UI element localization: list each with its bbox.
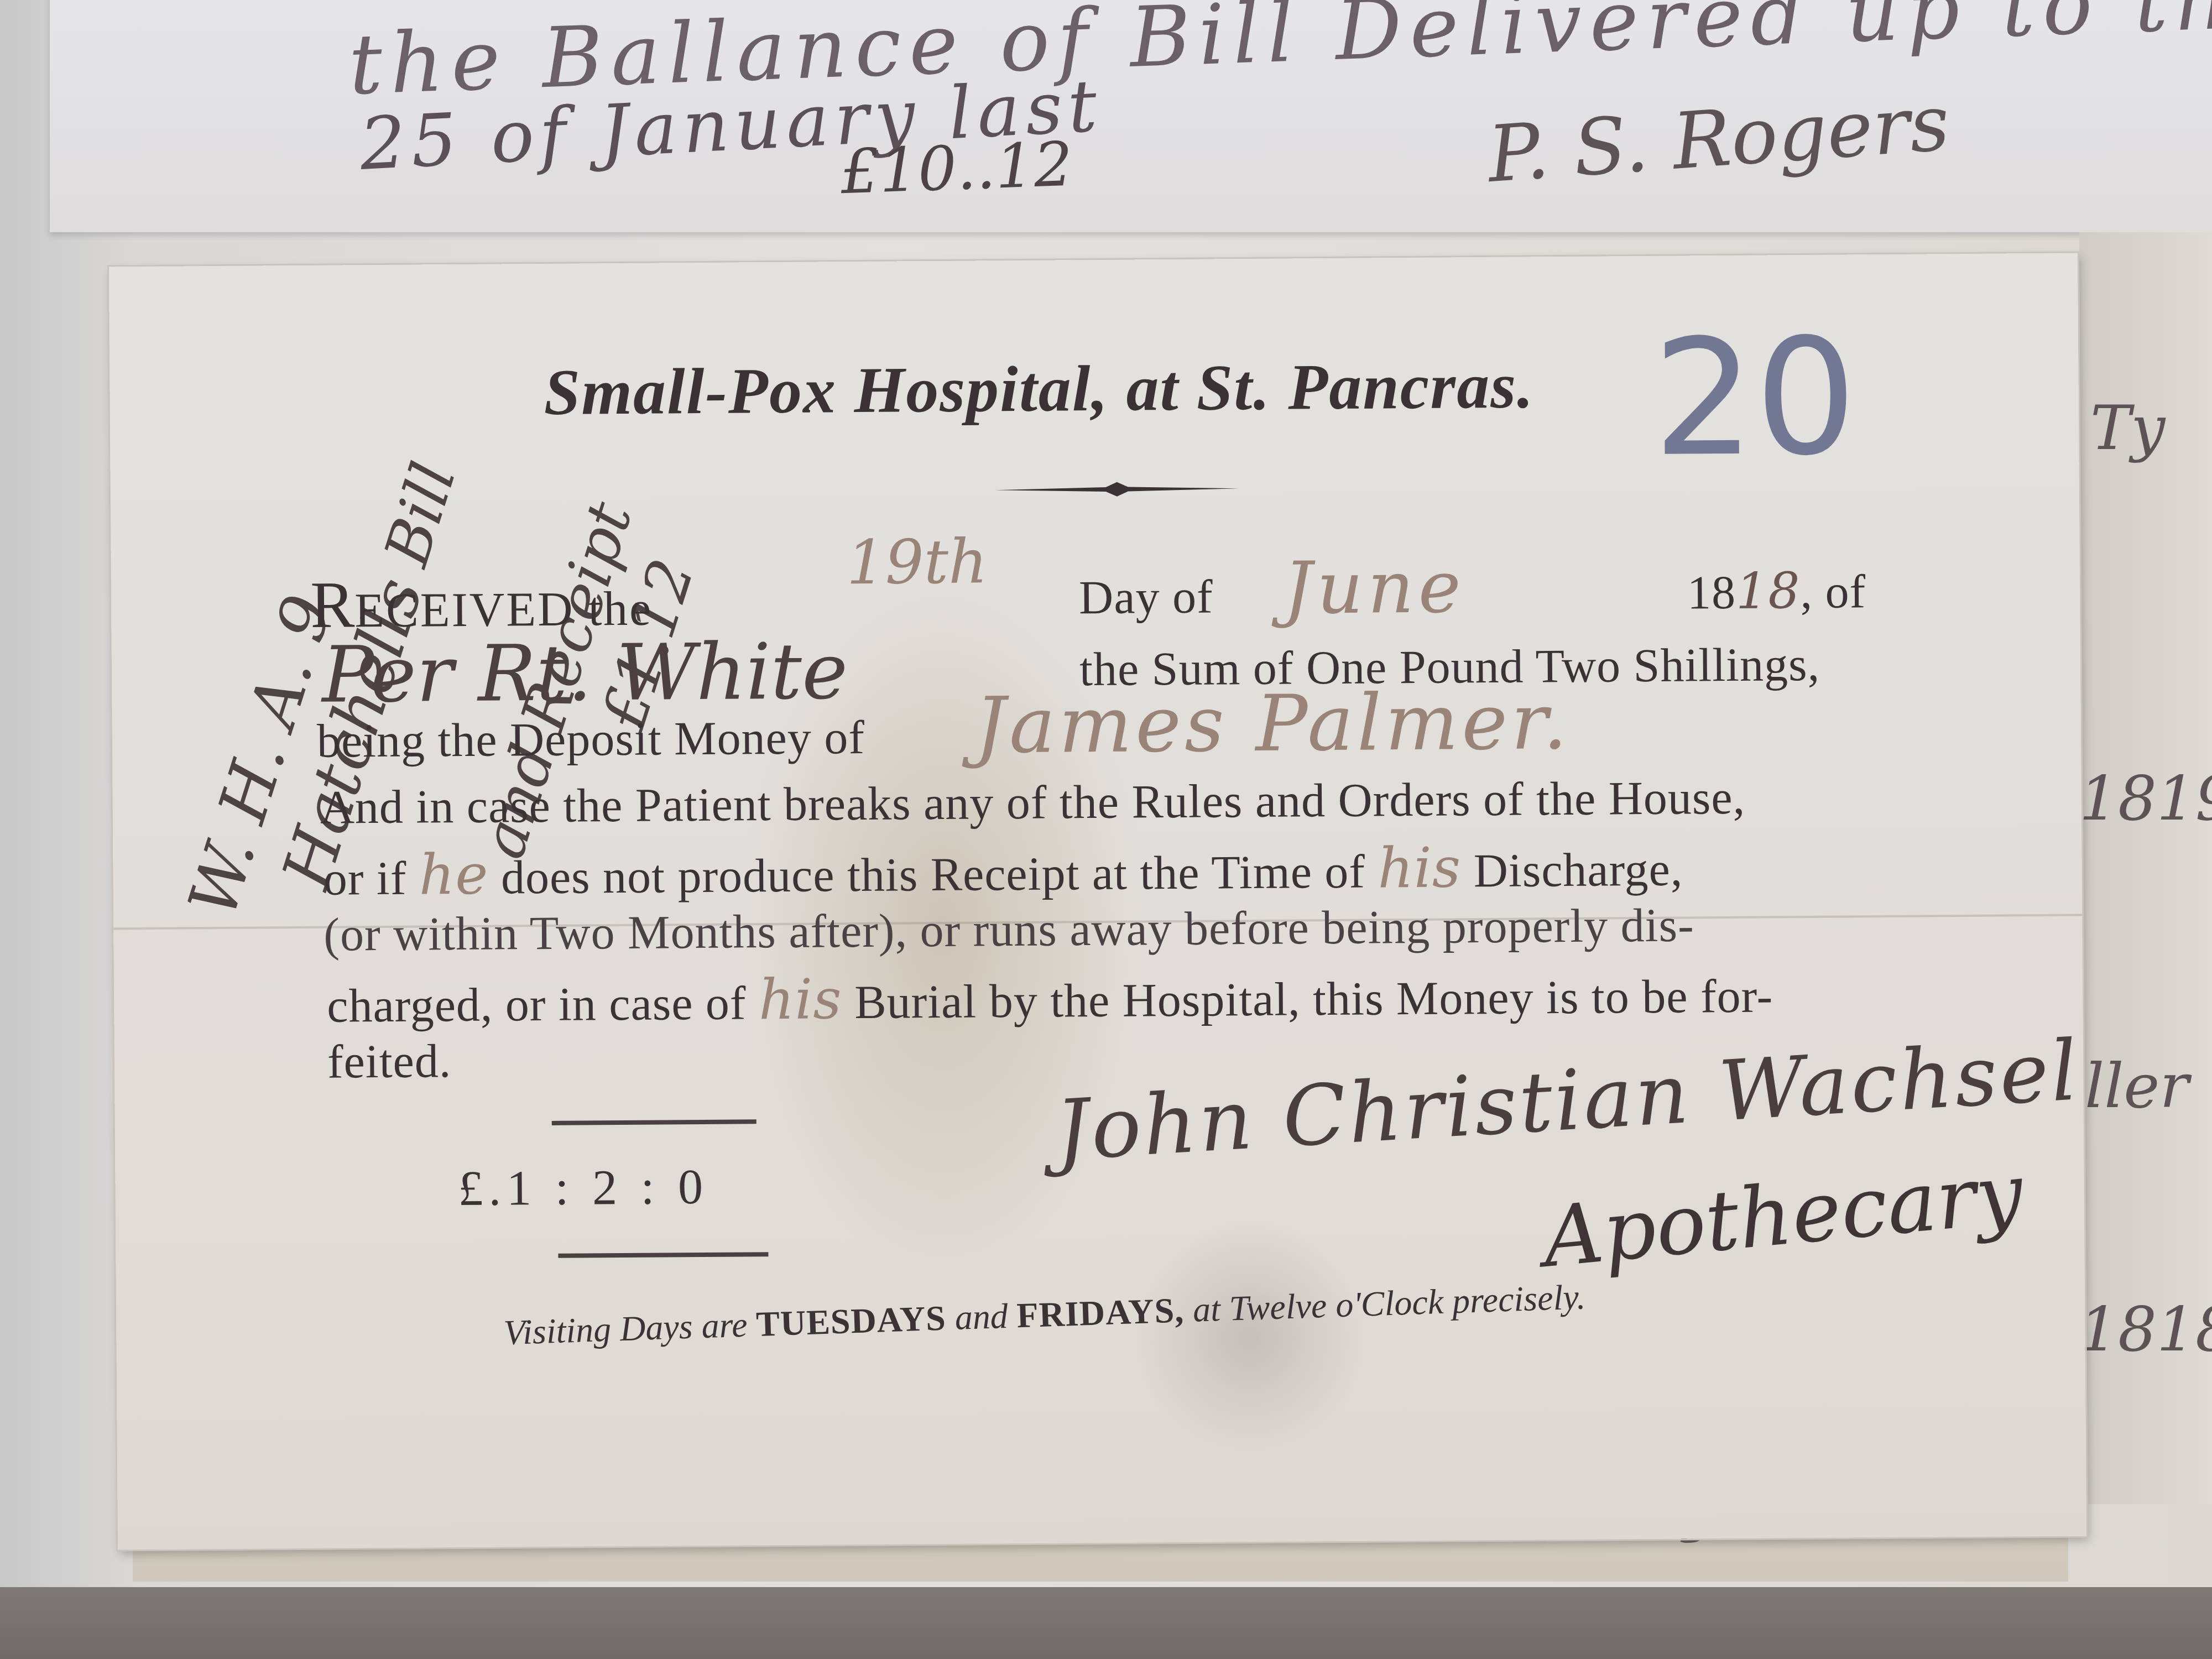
amount-bottom-rule <box>558 1252 768 1258</box>
month-handwritten: June <box>1284 545 1466 630</box>
margin-note-3: Bill <box>371 454 469 573</box>
of-label: , of <box>1800 565 1866 618</box>
pronoun-his-2: his <box>759 967 843 1032</box>
year-handwritten: 18 <box>1736 562 1801 620</box>
visiting-prefix: Visiting Days are <box>503 1305 748 1353</box>
amount-top-rule <box>552 1119 757 1125</box>
day-of-label: Day of <box>1079 569 1213 625</box>
stamp-number: 20 <box>1652 304 1858 492</box>
pronoun-he: he <box>419 842 488 907</box>
produce-line: or if he does not produce this Receipt a… <box>323 834 1683 908</box>
feited-text: feited. <box>327 1033 452 1089</box>
top-note-amount: £10..12 <box>839 129 1074 208</box>
visiting-days-note: Visiting Days are TUESDAYS and FRIDAYS, … <box>503 1276 1587 1353</box>
deposit-text: being the Deposit Money of <box>317 709 865 769</box>
visiting-and: and <box>954 1296 1009 1337</box>
right-fragment-4: 1818 <box>2079 1294 2212 1365</box>
visiting-fridays: FRIDAYS, <box>1016 1290 1185 1335</box>
top-letter-sheet: the Ballance of Bill Delivered up to the… <box>50 0 2212 232</box>
top-note-signature: P. S. Rogers <box>1485 78 1952 200</box>
apothecary-title: Apothecary <box>1539 1145 2027 1286</box>
burial-line: charged, or in case of his Burial by the… <box>327 960 1773 1035</box>
charged-text: charged, or in case of <box>327 976 747 1032</box>
day-handwritten: 19th <box>846 526 988 598</box>
ornament-divider-icon <box>995 480 1239 498</box>
right-fragment-1: Ty <box>2090 393 2166 463</box>
right-fragment-2: 1819 <box>2079 763 2212 834</box>
rules-text: And in case the Patient breaks any of th… <box>320 770 1745 835</box>
patient-name-handwritten: James Palmer. <box>974 677 1571 771</box>
within-text: (or within Two Months after), or runs aw… <box>324 897 1694 962</box>
pronoun-his-1: his <box>1378 835 1462 900</box>
produce-text: does not produce this Receipt at the Tim… <box>501 845 1366 904</box>
table-surface <box>0 1587 2212 1659</box>
payer-handwritten: Per Rt. White <box>322 627 848 721</box>
discharge-label: Discharge, <box>1473 843 1683 898</box>
burial-text: Burial by the Hospital, this Money is to… <box>854 969 1773 1029</box>
amount-value: £.1 : 2 : 0 <box>458 1159 708 1217</box>
hospital-receipt: W. H. A. 9 Hatchells Bill and Receipt £1… <box>109 253 2086 1550</box>
year-field: 1818, of <box>1687 561 1866 620</box>
visiting-tuesdays: TUESDAYS <box>755 1298 947 1344</box>
visiting-suffix: at Twelve o'Clock precisely. <box>1192 1277 1586 1329</box>
year-prefix: 18 <box>1687 566 1736 619</box>
hospital-title: Small-Pox Hospital, at St. Pancras. <box>544 348 1535 430</box>
right-edge-sheet: Ty 1819 ller 1818 <box>2079 232 2212 1504</box>
right-fragment-3: ller <box>2085 1051 2189 1121</box>
or-if-label: or if <box>323 852 406 905</box>
